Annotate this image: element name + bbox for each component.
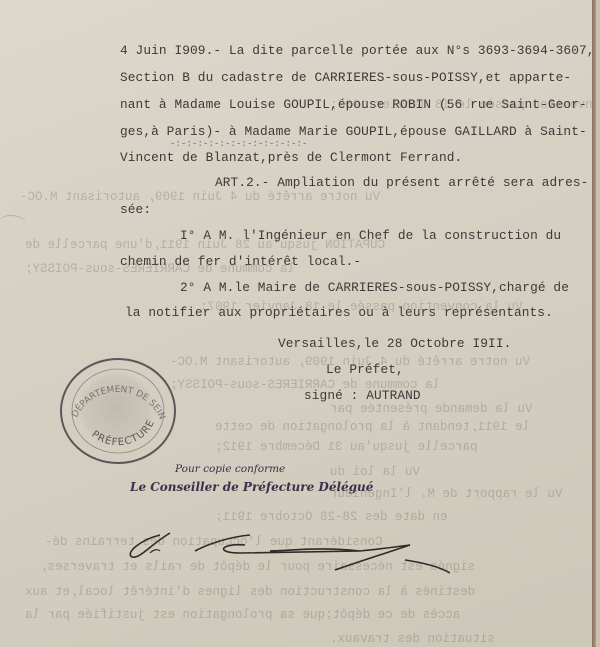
underline-marks: -:-:-:-:-:-:-:-:-:-:-:-:-: [170, 139, 308, 149]
bleed-through-line: destinés à la construction des lignes d'…: [25, 585, 475, 599]
recipient-2-line-2: la notifier aux propriétaires ou à leurs…: [125, 305, 553, 320]
certification-line-1: Pour copie conforme: [175, 463, 285, 475]
handwritten-signature-icon: [120, 515, 450, 575]
place-and-date: Versailles,le 28 Octobre I9II.: [278, 336, 511, 351]
article-2-continuation: sée:: [120, 202, 151, 217]
recipient-1-line-2: chemin de fer d'intérêt local.-: [120, 254, 361, 269]
bleed-through-line: Vu notre arrêté du 4 Juin 1909, autorisa…: [20, 190, 380, 204]
bleed-through-line: Vu la demande présentée par: [330, 402, 533, 416]
bleed-through-line: situation des travaux.: [330, 632, 495, 646]
certification-line-2: Le Conseiller de Préfecture Délégué: [130, 480, 373, 494]
document-page: Vu la convention passée le 18 Janvier 19…: [0, 0, 596, 647]
recipient-2-line-1: 2° A M.le Maire de CARRIERES-sous-POISSY…: [180, 280, 569, 295]
bleed-through-line: le 1911,tendant à la prolongation de cet…: [215, 420, 530, 434]
page-edge: [592, 0, 596, 647]
bleed-through-line: accès de ce dépôt;que sa prolongation es…: [25, 608, 460, 622]
body-line-2: Section B du cadastre de CARRIERES-sous-…: [120, 70, 571, 85]
body-line-1: 4 Juin I909.- La dite parcelle portée au…: [120, 43, 595, 58]
prefect-title: Le Préfet,: [326, 362, 404, 377]
prefecture-stamp: DÉPARTEMENT DE SEINE-ET-OISE PRÉFECTURE: [60, 358, 176, 464]
paper-fold-mark: [0, 215, 26, 230]
body-line-5: Vincent de Blanzat,près de Clermont Ferr…: [120, 150, 462, 165]
body-line-4: ges,à Paris)- à Madame Marie GOUPIL,épou…: [120, 124, 587, 139]
recipient-1-line-1: I° A M. l'Ingénieur en Chef de la constr…: [180, 228, 561, 243]
signed-by: signé : AUTRAND: [304, 388, 421, 403]
bleed-through-line: parcelle jusqu'au 31 Décembre 1912;: [215, 440, 478, 454]
stamp-ring-text-icon: DÉPARTEMENT DE SEINE-ET-OISE PRÉFECTURE: [62, 360, 174, 462]
article-2-heading: ART.2.- Ampliation du présent arrêté ser…: [215, 175, 588, 190]
body-line-3: nant à Madame Louise GOUPIL,épouse ROBIN…: [120, 97, 587, 112]
bleed-through-line: Vu la loi du: [330, 465, 420, 479]
